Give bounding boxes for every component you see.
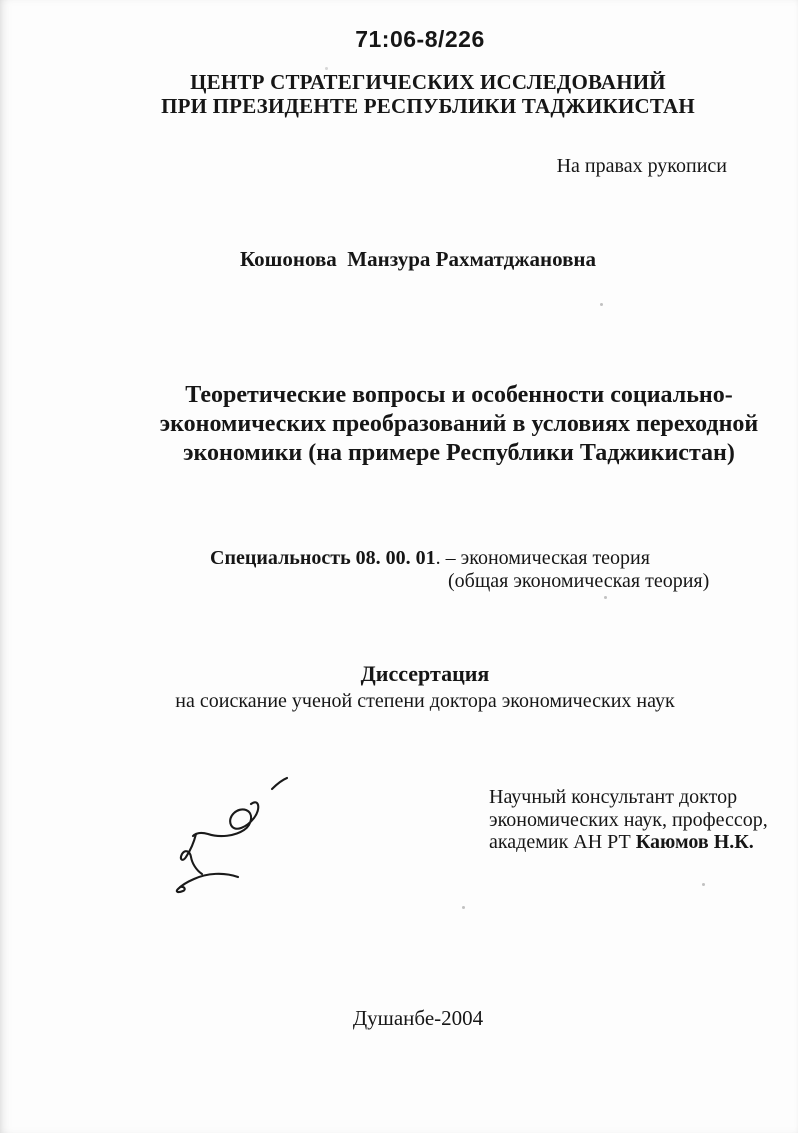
specialty-subfield: (общая экономическая теория) bbox=[448, 570, 709, 593]
author-name: Кошонова Манзура Рахматджановна bbox=[19, 247, 798, 272]
title-line-1: Теоретические вопросы и особенности соци… bbox=[60, 381, 798, 410]
consultant-line-3: академик АН РТ Каюмов Н.К. bbox=[489, 831, 768, 854]
dissertation-title: Теоретические вопросы и особенности соци… bbox=[60, 381, 798, 468]
handwritten-signature bbox=[150, 745, 330, 905]
title-line-3: экономики (на примере Республики Таджики… bbox=[60, 439, 798, 468]
scan-speck bbox=[325, 67, 328, 70]
scan-speck bbox=[462, 906, 465, 909]
signature-descender-stroke bbox=[181, 834, 202, 874]
scan-speck bbox=[702, 883, 705, 886]
city-year-imprint: Душанбе-2004 bbox=[19, 1006, 798, 1031]
signature-underline-stroke bbox=[177, 874, 238, 892]
thesis-statement: Диссертация на соискание ученой степени … bbox=[26, 661, 798, 713]
thesis-type: Диссертация bbox=[26, 661, 798, 687]
institution-line-1: ЦЕНТР СТРАТЕГИЧЕСКИХ ИССЛЕДОВАНИЙ bbox=[29, 70, 798, 94]
institution-line-2: ПРИ ПРЕЗИДЕНТЕ РЕСПУБЛИКИ ТАДЖИКИСТАН bbox=[29, 94, 798, 118]
institution-header: ЦЕНТР СТРАТЕГИЧЕСКИХ ИССЛЕДОВАНИЙ ПРИ ПР… bbox=[29, 70, 798, 118]
manuscript-rights-note: На правах рукописи bbox=[557, 155, 727, 178]
dissertation-title-page: 71:06-8/226 ЦЕНТР СТРАТЕГИЧЕСКИХ ИССЛЕДО… bbox=[0, 0, 798, 1133]
specialty-field: . – экономическая теория bbox=[436, 547, 650, 569]
consultant-line-1: Научный консультант доктор bbox=[489, 786, 768, 809]
scan-speck bbox=[604, 596, 607, 599]
consultant-line-2: экономических наук, профессор, bbox=[489, 809, 768, 832]
signature-loop-stroke bbox=[193, 802, 258, 836]
scan-speck bbox=[600, 303, 603, 306]
signature-tick-stroke bbox=[272, 778, 287, 789]
consultant-block: Научный консультант доктор экономических… bbox=[489, 786, 768, 854]
title-line-2: экономических преобразований в условиях … bbox=[60, 410, 798, 439]
specialty-code: Специальность 08. 00. 01 bbox=[210, 547, 436, 569]
specialty-line: Специальность 08. 00. 01. – экономическа… bbox=[210, 547, 650, 570]
thesis-subtitle: на соискание ученой степени доктора экон… bbox=[26, 690, 798, 713]
catalog-number: 71:06-8/226 bbox=[21, 26, 798, 53]
consultant-name: Каюмов Н.К. bbox=[636, 831, 754, 853]
consultant-title-prefix: академик АН РТ bbox=[489, 831, 636, 853]
